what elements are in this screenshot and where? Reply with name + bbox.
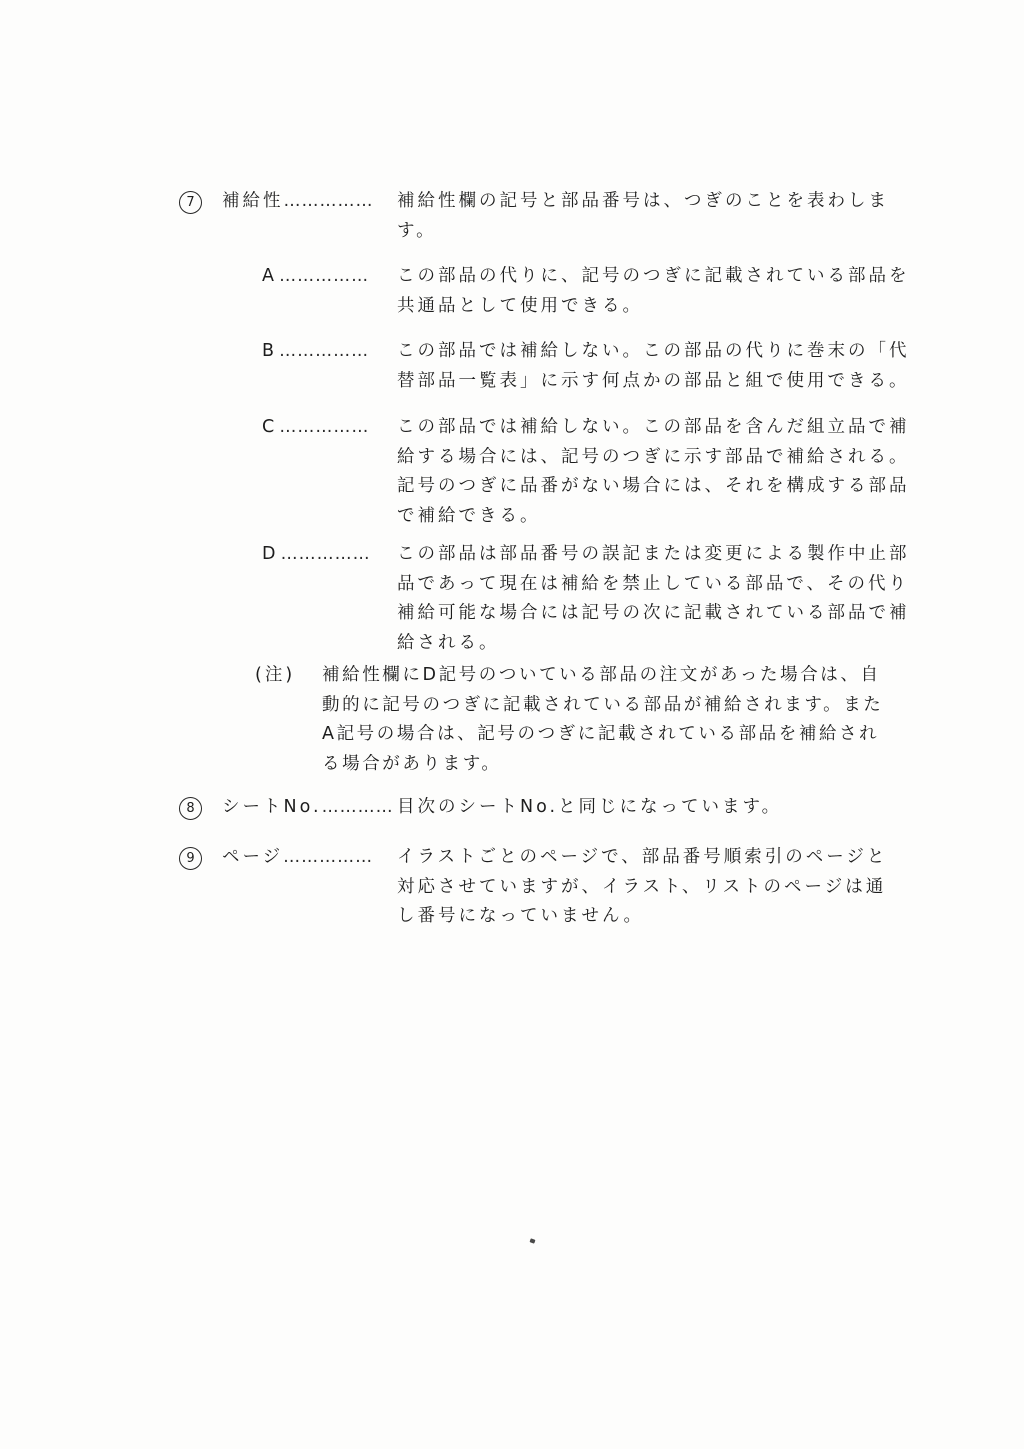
note-text: 補給性欄にD記号のついている部品の注文があった場合は、自 動的に記号のつぎに記載… (322, 661, 883, 779)
text-line: この部品は部品番号の誤記または変更による製作中止部 (397, 540, 910, 570)
circled-number-8: 8 (179, 797, 202, 820)
text-line: イラストごとのページで、部品番号順索引のページと (397, 843, 887, 873)
text-line: で補給できる。 (397, 502, 910, 532)
item-a-description: この部品の代りに、記号のつぎに記載されている部品を 共通品として使用できる。 (397, 262, 910, 321)
text-line: 補給性欄にD記号のついている部品の注文があった場合は、自 (322, 661, 883, 691)
circled-number-7: 7 (179, 191, 202, 214)
text-line: 給される。 (397, 629, 910, 659)
item-b-key-row: B …………… (262, 337, 369, 367)
text-line: 替部品一覧表」に示す何点かの部品と組で使用できる。 (397, 367, 910, 397)
section-term: シートNo. (222, 793, 322, 823)
text-line: 補給性欄の記号と部品番号は、つぎのことを表わしま (397, 187, 889, 217)
scanned-document-page: 7 補給性…………… 補給性欄の記号と部品番号は、つぎのことを表わしま す。 A… (0, 0, 1024, 1449)
text-line: し番号になっていません。 (397, 902, 887, 932)
text-line: この部品の代りに、記号のつぎに記載されている部品を (397, 262, 910, 292)
item-d-key-row: D …………… (262, 540, 371, 570)
dot-leader: …………… (279, 413, 369, 443)
section-term: 補給性 (222, 187, 284, 217)
item-key: D (262, 540, 275, 570)
section-term-row: ページ…………… (222, 843, 373, 873)
text-line: 目次のシートNo.と同じになっています。 (397, 793, 782, 823)
item-a-key-row: A …………… (262, 262, 369, 292)
text-line: 給する場合には、記号のつぎに示す部品で補給される。 (397, 443, 910, 473)
text-line: A記号の場合は、記号のつぎに記載されている部品を補給され (322, 720, 883, 750)
dot-leader: …………… (279, 337, 369, 367)
section-description: 目次のシートNo.と同じになっています。 (397, 793, 782, 823)
section-description: 補給性欄の記号と部品番号は、つぎのことを表わしま す。 (397, 187, 889, 246)
item-key: A (262, 262, 274, 292)
section-term: ページ (222, 843, 283, 873)
note-label: (注) (255, 661, 295, 691)
item-key: B (262, 337, 274, 367)
text-line: この部品では補給しない。この部品を含んだ組立品で補 (397, 413, 910, 443)
item-b-description: この部品では補給しない。この部品の代りに巻末の「代 替部品一覧表」に示す何点かの… (397, 337, 910, 396)
text-line: 品であって現在は補給を禁止している部品で、その代り (397, 570, 910, 600)
text-line: この部品では補給しない。この部品の代りに巻末の「代 (397, 337, 910, 367)
text-line: 記号のつぎに品番がない場合には、それを構成する部品 (397, 472, 910, 502)
section-term-row: シートNo.………… (222, 793, 394, 823)
item-key: C (262, 413, 274, 443)
text-line: 補給可能な場合には記号の次に記載されている部品で補 (397, 599, 910, 629)
dot-leader: …………… (279, 262, 369, 292)
text-line: る場合があります。 (322, 750, 883, 780)
dot-leader: …………… (281, 540, 371, 570)
dot-leader: ………… (322, 793, 394, 823)
text-line: 共通品として使用できる。 (397, 292, 910, 322)
dot-leader: …………… (284, 187, 374, 217)
item-c-key-row: C …………… (262, 413, 369, 443)
text-line: す。 (397, 217, 889, 247)
section-description: イラストごとのページで、部品番号順索引のページと 対応させていますが、イラスト、… (397, 843, 887, 932)
dot-leader: …………… (283, 843, 373, 873)
circled-number-9: 9 (179, 847, 202, 870)
item-c-description: この部品では補給しない。この部品を含んだ組立品で補 給する場合には、記号のつぎに… (397, 413, 910, 531)
text-line: 対応させていますが、イラスト、リストのページは通 (397, 873, 887, 903)
item-d-description: この部品は部品番号の誤記または変更による製作中止部 品であって現在は補給を禁止し… (397, 540, 910, 658)
section-term-row: 補給性…………… (222, 187, 374, 217)
text-line: 動的に記号のつぎに記載されている部品が補給されます。また (322, 691, 883, 721)
scan-speck (529, 1238, 535, 1243)
